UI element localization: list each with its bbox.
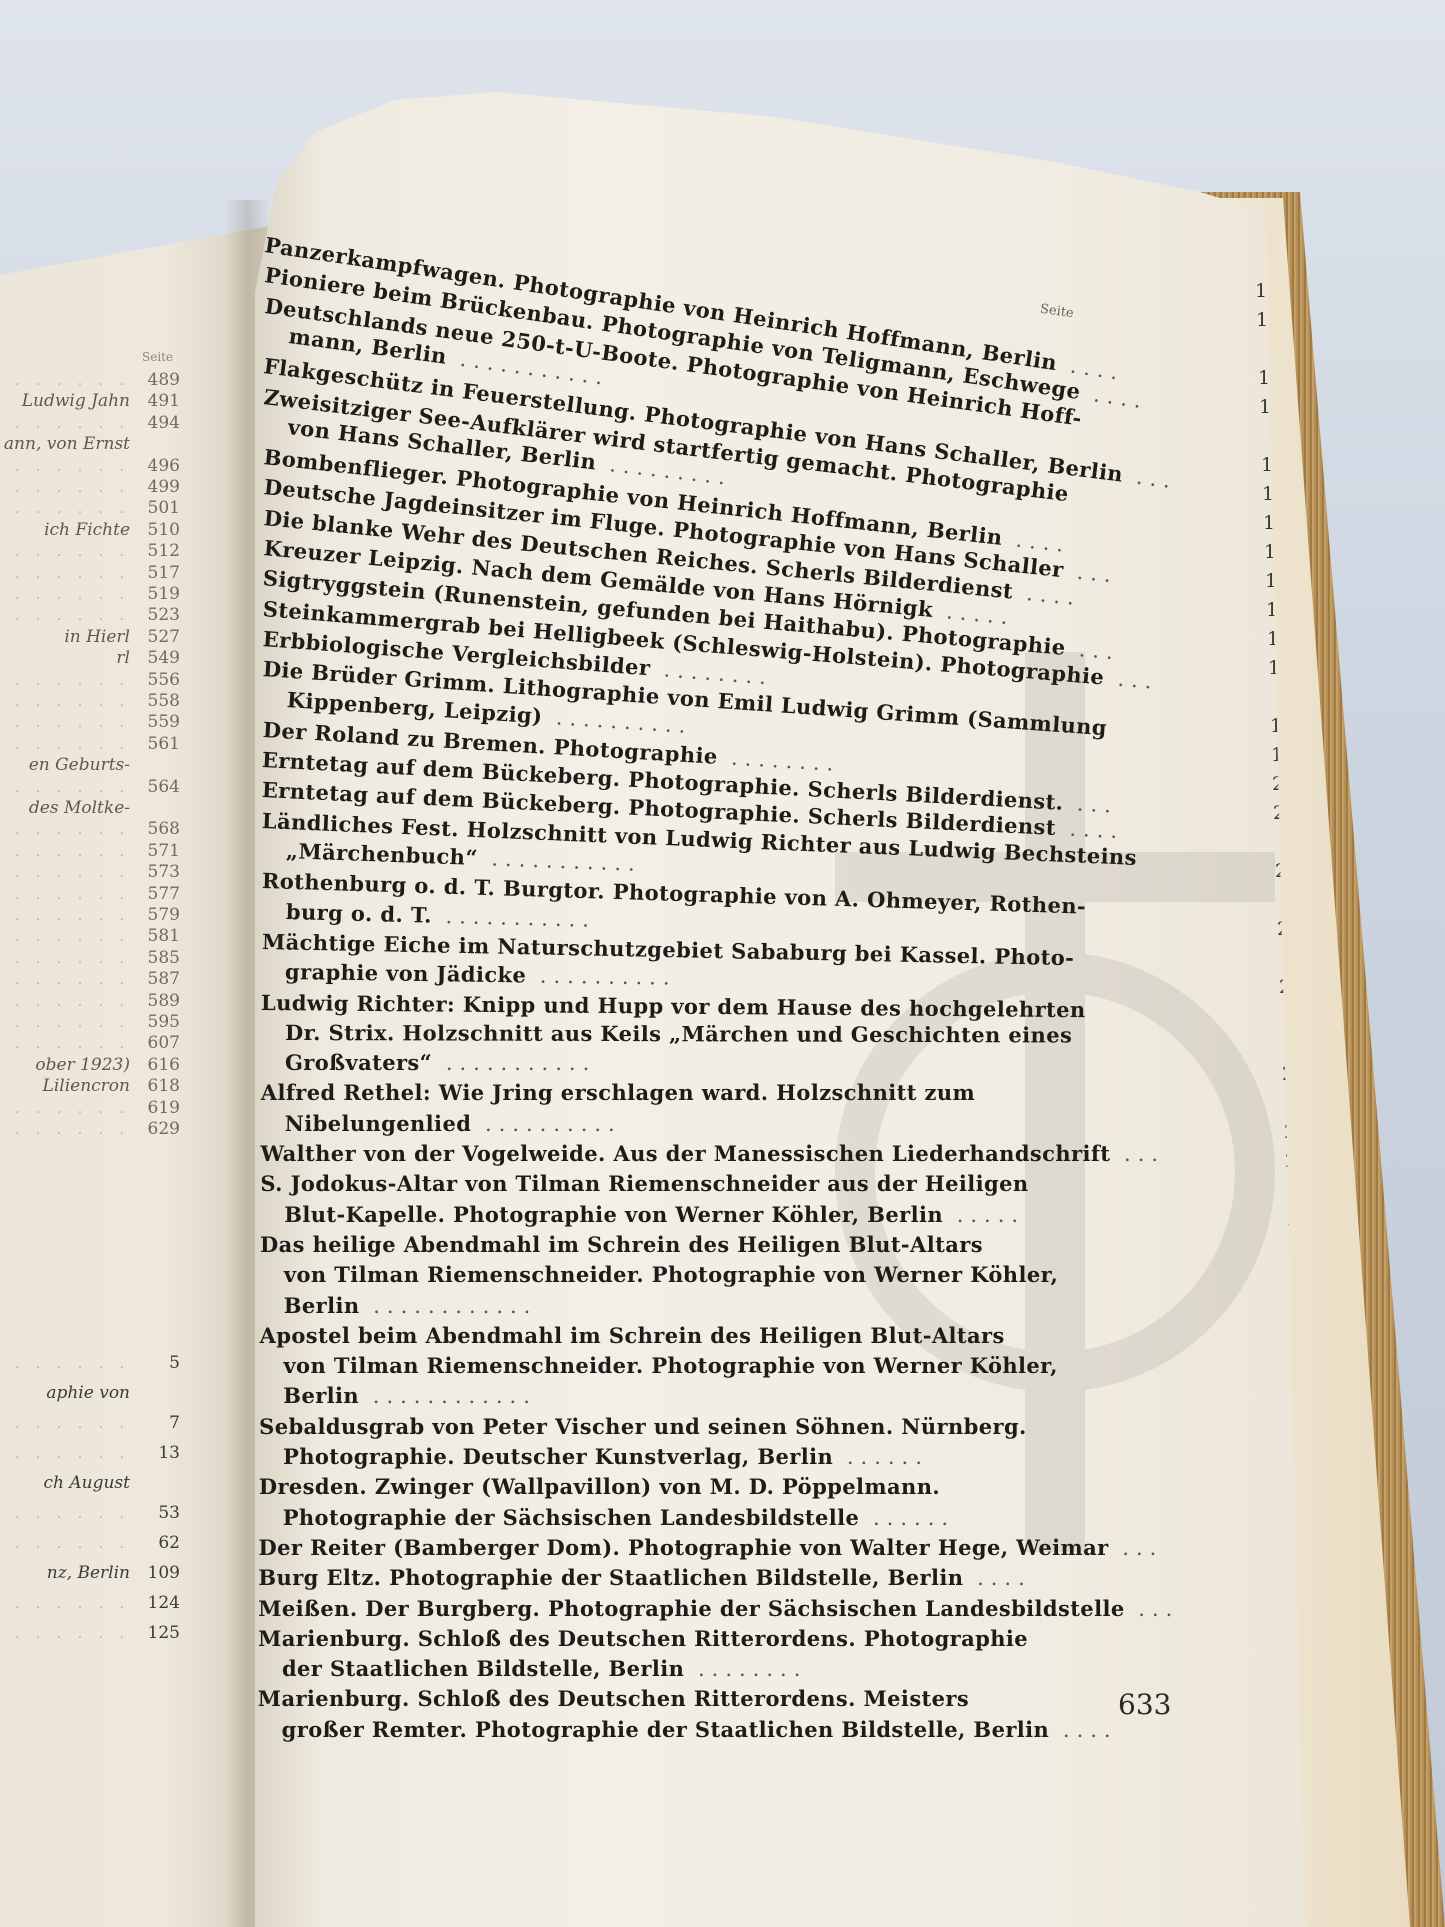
index-entry-line: Dr. Strix. Holzschnitt aus Keils „Märche… bbox=[285, 1020, 1072, 1047]
left-entry-page: 568 bbox=[138, 819, 180, 839]
page-number: 633 bbox=[1118, 1688, 1171, 1721]
left-entry-page: 13 bbox=[138, 1443, 180, 1463]
leader-dots: . . . . . . bbox=[15, 566, 130, 582]
left-index-row: in Hierl527 bbox=[0, 627, 180, 649]
leader-dots: . . . . . . bbox=[15, 694, 130, 710]
left-index-row: . . . . . .5 bbox=[0, 1353, 180, 1375]
left-entry-page: 607 bbox=[138, 1033, 180, 1053]
index-entry-line: der Staatlichen Bildstelle, Berlin .....… bbox=[282, 1656, 807, 1681]
left-index-row: Liliencron618 bbox=[0, 1076, 180, 1098]
left-entry-page: 5 bbox=[138, 1353, 180, 1373]
left-index-row: . . . . . .519 bbox=[0, 584, 180, 606]
left-index-row: . . . . . .585 bbox=[0, 948, 180, 970]
left-entry-page: 124 bbox=[138, 1593, 180, 1613]
left-entry-page: 585 bbox=[138, 948, 180, 968]
left-index-row: . . . . . .556 bbox=[0, 670, 180, 692]
left-entry-text: ann, von Ernst bbox=[4, 434, 130, 454]
left-index-row: . . . . . .489 bbox=[0, 370, 180, 392]
left-entry-page: 489 bbox=[138, 370, 180, 390]
left-entry-text: in Hierl bbox=[64, 627, 130, 647]
left-index-row: . . . . . .512 bbox=[0, 541, 180, 563]
left-entry-page: 558 bbox=[138, 691, 180, 711]
leader-dots: ........... bbox=[432, 1051, 596, 1075]
left-entry-page: 512 bbox=[138, 541, 180, 561]
index-entry-line: Walther von der Vogelweide. Aus der Mane… bbox=[261, 1141, 1166, 1166]
leader-dots: . . . . . . bbox=[15, 737, 130, 753]
left-index-row: . . . . . .53 bbox=[0, 1503, 180, 1525]
left-entry-page: 109 bbox=[138, 1563, 180, 1583]
index-entry-line: von Tilman Riemenschneider. Photographie… bbox=[284, 1262, 1058, 1287]
left-entry-text: ober 1923) bbox=[35, 1055, 130, 1075]
leader-dots: .... bbox=[963, 1566, 1031, 1590]
index-entry-line: Marienburg. Schloß des Deutschen Rittero… bbox=[258, 1686, 969, 1711]
left-seite-header: Seite bbox=[142, 350, 173, 364]
leader-dots: . . . . . . bbox=[15, 501, 130, 517]
leader-dots: . . . . . . bbox=[15, 608, 130, 624]
left-index-row: . . . . . .587 bbox=[0, 969, 180, 991]
left-entry-page: 587 bbox=[138, 969, 180, 989]
leader-dots: ........... bbox=[431, 903, 596, 931]
left-entry-page: 564 bbox=[138, 777, 180, 797]
index-entry-line: Blut-Kapelle. Photographie von Werner Kö… bbox=[284, 1202, 1025, 1227]
left-entry-text: en Geburts- bbox=[29, 755, 130, 775]
left-index-row: . . . . . .499 bbox=[0, 477, 180, 499]
index-entry-line: Dresden. Zwinger (Wallpavillon) von M. D… bbox=[259, 1474, 940, 1499]
left-index-row: des Moltke- bbox=[0, 798, 180, 820]
left-entry-page: 561 bbox=[138, 734, 180, 754]
left-index-row: . . . . . .559 bbox=[0, 712, 180, 734]
left-entry-text: des Moltke- bbox=[29, 798, 130, 818]
index-entry-line: Sebaldusgrab von Peter Vischer und seine… bbox=[259, 1414, 1027, 1439]
leader-dots: . . . . . . bbox=[15, 1536, 130, 1552]
left-entry-page: 510 bbox=[138, 520, 180, 540]
leader-dots: ............ bbox=[359, 1384, 537, 1408]
left-entry-text: ch August bbox=[44, 1473, 131, 1493]
left-index-row: . . . . . .589 bbox=[0, 991, 180, 1013]
left-index-row: en Geburts- bbox=[0, 755, 180, 777]
index-entry-line: Nibelungenlied .......... bbox=[285, 1111, 622, 1136]
leader-dots: ... bbox=[1122, 463, 1179, 494]
left-entry-text: aphie von bbox=[46, 1383, 130, 1403]
leader-dots: .... bbox=[1056, 816, 1125, 843]
seite-header: Seite bbox=[1039, 302, 1074, 322]
leader-dots: ........... bbox=[477, 846, 642, 876]
left-entry-page: 619 bbox=[138, 1098, 180, 1118]
leader-dots: ........ bbox=[716, 745, 840, 776]
index-entry-line: Photographie der Sächsischen Landesbilds… bbox=[283, 1505, 955, 1530]
leader-dots: .... bbox=[1011, 579, 1081, 610]
left-index-row: . . . . . .571 bbox=[0, 841, 180, 863]
left-index-row: . . . . . .517 bbox=[0, 563, 180, 585]
left-entry-page: 571 bbox=[138, 841, 180, 861]
left-index-row: . . . . . .629 bbox=[0, 1119, 180, 1141]
right-page: Panzerkampfwagen. Photographie von Heinr… bbox=[255, 92, 1390, 1927]
left-index-row: . . . . . .125 bbox=[0, 1623, 180, 1645]
leader-dots: . . . . . . bbox=[15, 1356, 130, 1372]
left-entry-page: 7 bbox=[138, 1413, 180, 1433]
leader-dots: ... bbox=[1110, 1142, 1165, 1166]
index-entry-line: burg o. d. T. ........... bbox=[285, 899, 596, 932]
leader-dots: ... bbox=[1065, 636, 1122, 665]
left-index-row: . . . . . .579 bbox=[0, 905, 180, 927]
leader-dots: . . . . . . bbox=[15, 822, 130, 838]
left-entry-page: 618 bbox=[138, 1076, 180, 1096]
left-index-row: . . . . . .501 bbox=[0, 498, 180, 520]
index-entry-line: Burg Eltz. Photographie der Staatlichen … bbox=[258, 1565, 1031, 1590]
leader-dots: ...... bbox=[859, 1506, 955, 1530]
leader-dots: . . . . . . bbox=[15, 1416, 130, 1432]
index-entry-line: Das heilige Abendmahl im Schrein des Hei… bbox=[260, 1232, 983, 1257]
left-index-row: . . . . . .581 bbox=[0, 926, 180, 948]
left-entry-page: 519 bbox=[138, 584, 180, 604]
left-index-row: ann, von Ernst bbox=[0, 434, 180, 456]
left-entry-page: 491 bbox=[138, 391, 180, 411]
left-entry-page: 581 bbox=[138, 926, 180, 946]
left-index-row: . . . . . .124 bbox=[0, 1593, 180, 1615]
index-entry-line: Ludwig Richter: Knipp und Hupp vor dem H… bbox=[261, 990, 1086, 1022]
left-index-row: ch August bbox=[0, 1473, 180, 1495]
index-entry-line: graphie von Jädicke .......... bbox=[285, 959, 677, 990]
left-entry-page: 496 bbox=[138, 456, 180, 476]
leader-dots: . . . . . . bbox=[15, 1596, 130, 1612]
leader-dots: ............ bbox=[360, 1294, 538, 1318]
left-index-row: . . . . . .619 bbox=[0, 1098, 180, 1120]
left-index-row: . . . . . .568 bbox=[0, 819, 180, 841]
leader-dots: . . . . . . bbox=[15, 587, 130, 603]
left-entry-page: 523 bbox=[138, 605, 180, 625]
leader-dots: .... bbox=[1049, 1718, 1117, 1742]
leader-dots: . . . . . . bbox=[15, 715, 130, 731]
leader-dots: ........ bbox=[684, 1657, 807, 1681]
index-entry-line: Berlin ............ bbox=[284, 1293, 538, 1318]
left-entry-page: 616 bbox=[138, 1055, 180, 1075]
left-entry-page: 125 bbox=[138, 1623, 180, 1643]
index-entry-line: Alfred Rethel: Wie Jring erschlagen ward… bbox=[261, 1080, 975, 1105]
leader-dots: . . . . . . bbox=[15, 1015, 130, 1031]
leader-dots: . . . . . . bbox=[15, 929, 130, 945]
index-entry-line: von Tilman Riemenschneider. Photographie… bbox=[283, 1353, 1057, 1378]
leader-dots: . . . . . . bbox=[15, 951, 130, 967]
leader-dots: . . . . . . bbox=[15, 972, 130, 988]
leader-dots: ...... bbox=[833, 1445, 929, 1469]
leader-dots: . . . . . . bbox=[15, 1506, 130, 1522]
left-index-row: . . . . . .561 bbox=[0, 734, 180, 756]
leader-dots: .......... bbox=[471, 1112, 621, 1136]
leader-dots: ..... bbox=[943, 1203, 1025, 1227]
leader-dots: . . . . . . bbox=[15, 1626, 130, 1642]
index-entry-line: Meißen. Der Burgberg. Photographie der S… bbox=[258, 1596, 1179, 1621]
left-index-row: . . . . . .13 bbox=[0, 1443, 180, 1465]
left-index-row: aphie von bbox=[0, 1383, 180, 1405]
left-entry-page: 556 bbox=[138, 670, 180, 690]
index-entry-line: Berlin ............ bbox=[283, 1383, 537, 1408]
index-entry-line: großer Remter. Photographie der Staatlic… bbox=[282, 1717, 1118, 1742]
left-index-row: . . . . . .573 bbox=[0, 862, 180, 884]
leader-dots: ... bbox=[1109, 1536, 1164, 1560]
left-index-row: . . . . . .595 bbox=[0, 1012, 180, 1034]
left-entry-text: nz, Berlin bbox=[47, 1563, 130, 1583]
left-entry-text: rl bbox=[116, 648, 130, 668]
left-entry-page: 53 bbox=[138, 1503, 180, 1523]
index-entry-line: Photographie. Deutscher Kunstverlag, Ber… bbox=[283, 1444, 929, 1469]
left-entry-page: 589 bbox=[138, 991, 180, 1011]
left-entry-page: 517 bbox=[138, 563, 180, 583]
leader-dots: . . . . . . bbox=[15, 887, 130, 903]
left-entry-page: 501 bbox=[138, 498, 180, 518]
leader-dots: . . . . . . bbox=[15, 459, 130, 475]
leader-dots: .......... bbox=[526, 964, 677, 990]
left-index-row: . . . . . .7 bbox=[0, 1413, 180, 1435]
left-index-row: nz, Berlin109 bbox=[0, 1563, 180, 1585]
left-index-row: . . . . . .564 bbox=[0, 777, 180, 799]
leader-dots: . . . . . . bbox=[15, 1101, 130, 1117]
leader-dots: ... bbox=[1125, 1597, 1180, 1621]
left-index-row: ober 1923)616 bbox=[0, 1055, 180, 1077]
left-index-row: . . . . . .494 bbox=[0, 413, 180, 435]
left-index-row: . . . . . .62 bbox=[0, 1533, 180, 1555]
left-entry-page: 573 bbox=[138, 862, 180, 882]
left-index-row: . . . . . .607 bbox=[0, 1033, 180, 1055]
left-index-row: . . . . . .523 bbox=[0, 605, 180, 627]
left-entry-page: 579 bbox=[138, 905, 180, 925]
leader-dots: . . . . . . bbox=[15, 544, 130, 560]
left-entry-page: 499 bbox=[138, 477, 180, 497]
left-entry-page: 62 bbox=[138, 1533, 180, 1553]
leader-dots: . . . . . . bbox=[15, 480, 130, 496]
index-entry-line: S. Jodokus-Altar von Tilman Riemenschnei… bbox=[260, 1171, 1028, 1196]
left-index-row: ich Fichte510 bbox=[0, 520, 180, 542]
left-index-row: Ludwig Jahn491 bbox=[0, 391, 180, 413]
left-entry-text: Ludwig Jahn bbox=[22, 391, 130, 411]
left-entry-page: 577 bbox=[138, 884, 180, 904]
leader-dots: . . . . . . bbox=[15, 865, 130, 881]
index-entry-line: Marienburg. Schloß des Deutschen Rittero… bbox=[258, 1626, 1028, 1651]
left-entry-page: 629 bbox=[138, 1119, 180, 1139]
left-entry-page: 549 bbox=[138, 648, 180, 668]
left-entry-page: 527 bbox=[138, 627, 180, 647]
leader-dots: ... bbox=[1103, 665, 1159, 693]
left-entry-page: 595 bbox=[138, 1012, 180, 1032]
leader-dots: . . . . . . bbox=[15, 1446, 130, 1462]
left-index-row: rl549 bbox=[0, 648, 180, 670]
left-entry-page: 559 bbox=[138, 712, 180, 732]
leader-dots: . . . . . . bbox=[15, 373, 130, 389]
left-entry-text: ich Fichte bbox=[44, 520, 130, 540]
index-entry-line: Großvaters“ ........... bbox=[285, 1050, 596, 1075]
leader-dots: . . . . . . bbox=[15, 908, 130, 924]
leader-dots: ... bbox=[1063, 791, 1119, 818]
leader-dots: . . . . . . bbox=[15, 994, 130, 1010]
leader-dots: . . . . . . bbox=[15, 780, 130, 796]
left-entry-page: 494 bbox=[138, 413, 180, 433]
index-entry-line: Apostel beim Abendmahl im Schrein des He… bbox=[260, 1323, 1005, 1348]
left-entry-text: Liliencron bbox=[43, 1076, 130, 1096]
leader-dots: . . . . . . bbox=[15, 1122, 130, 1138]
left-index-row: . . . . . .577 bbox=[0, 884, 180, 906]
leader-dots: .... bbox=[1078, 381, 1149, 414]
leader-dots: . . . . . . bbox=[15, 1036, 130, 1052]
left-index-row: . . . . . .496 bbox=[0, 456, 180, 478]
leader-dots: . . . . . . bbox=[15, 416, 130, 432]
left-index-row: . . . . . .558 bbox=[0, 691, 180, 713]
index-entry-line: Der Reiter (Bamberger Dom). Photographie… bbox=[259, 1535, 1164, 1560]
leader-dots: . . . . . . bbox=[15, 844, 130, 860]
leader-dots: . . . . . . bbox=[15, 673, 130, 689]
